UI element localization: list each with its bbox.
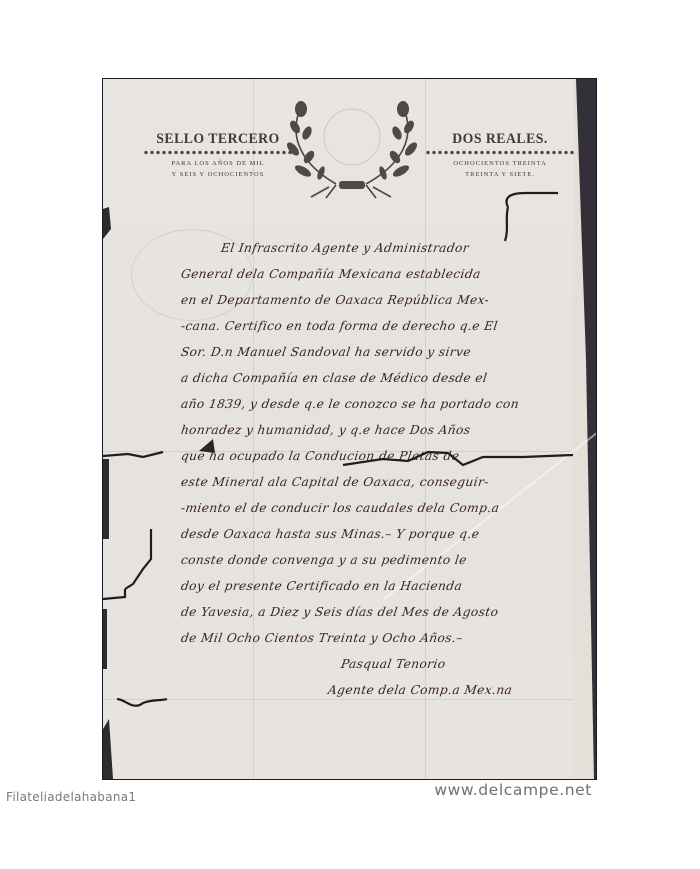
paper-sheet: SELLO TERCERO PARA LOS AÑOS DE MIL Y SEI… [103,79,573,780]
site-watermark: www.delcampe.net [434,781,592,799]
seller-name: Filateliadelahabana1 [6,790,136,804]
document-photo-frame: SELLO TERCERO PARA LOS AÑOS DE MIL Y SEI… [102,78,597,780]
paper-tears [103,79,573,780]
